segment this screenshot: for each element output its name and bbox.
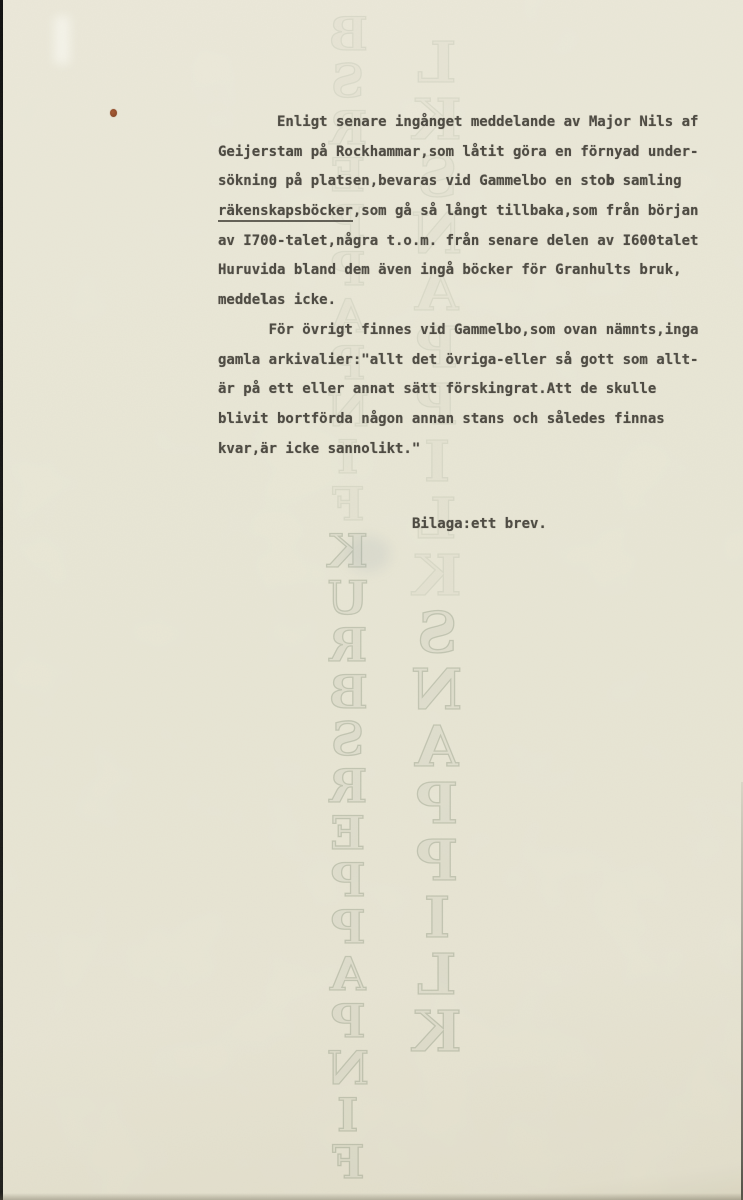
typed-line: Enligt senare ingånget meddelande av Maj… <box>218 108 723 138</box>
watermark-column-left: KURBSREPPAPNIF <box>314 528 382 1186</box>
typed-line: Huruvida bland dem även ingå böcker för … <box>218 256 723 286</box>
watermark-letter: P <box>331 904 366 951</box>
underlined-text: Bilaga <box>412 516 463 532</box>
watermark-letter: K <box>413 1004 462 1061</box>
typed-line: Geijerstam på Rockhammar,som låtit göra … <box>218 138 723 168</box>
typed-text: b <box>606 173 614 189</box>
attachment-line: Bilaga:ett brev. <box>412 510 632 540</box>
typed-line: blivit bortförda någon annan stans och s… <box>218 405 723 435</box>
faint-smudge <box>346 536 390 572</box>
watermark-letter: S <box>417 605 457 662</box>
watermark-letter: P <box>331 998 366 1045</box>
watermark-letter: E <box>330 810 365 857</box>
typed-text: samling <box>614 173 681 189</box>
watermark-column-right: SNAPPILK <box>402 605 472 1061</box>
typed-text: För övrigt finnes vid Gammelbo,som ovan … <box>218 322 698 338</box>
watermark-letter: R <box>329 622 367 669</box>
typed-line: meddelas icke. <box>218 286 723 316</box>
watermark-letter: F <box>332 1139 365 1186</box>
watermark-letter: I <box>424 890 450 947</box>
typed-text-block: Enligt senare ingånget meddelande av Maj… <box>218 108 723 464</box>
typed-text: blivit bortförda någon annan stans och s… <box>218 411 665 427</box>
typed-text: Huruvida bland dem även ingå böcker för … <box>218 262 682 278</box>
typed-text: är på ett eller annat sätt förskingrat.A… <box>218 381 656 397</box>
watermark-letter: S <box>331 58 364 105</box>
watermark-letter: K <box>413 548 462 605</box>
watermark-letter: S <box>331 716 364 763</box>
typed-line: kvar,är icke sannolikt." <box>218 435 723 465</box>
typed-text: ,som gå så långt tillbaka,som från börja… <box>353 203 699 219</box>
typed-line: För övrigt finnes vid Gammelbo,som ovan … <box>218 316 723 346</box>
photo-edge-left <box>0 0 3 1200</box>
typed-line: gamla arkivalier:"allt det övriga-eller … <box>218 346 723 376</box>
typed-text: Geijerstam på Rockhammar,som låtit göra … <box>218 144 698 160</box>
underlined-text: räkenskapsböcker <box>218 203 353 222</box>
watermark-letter: B <box>329 669 368 716</box>
typed-line: är på ett eller annat sätt förskingrat.A… <box>218 375 723 405</box>
watermark-letter: A <box>330 951 366 998</box>
watermark-letter: P <box>331 857 366 904</box>
typed-line: av I700-talet,några t.o.m. från senare d… <box>218 227 723 257</box>
watermark-letter: N <box>327 1045 369 1092</box>
watermark-letter: U <box>328 575 368 622</box>
ink-spot-stain <box>110 109 117 117</box>
watermark-letter: N <box>411 662 462 719</box>
typed-text: l <box>260 292 268 308</box>
typed-text: :ett brev. <box>463 516 547 532</box>
typed-text: sökning på platsen,bevaras vid Gammelbo … <box>218 173 606 189</box>
watermark-letter: L <box>417 947 456 1004</box>
typed-text: as icke. <box>269 292 336 308</box>
watermark-letter: I <box>337 1092 359 1139</box>
paper-crease-streak <box>54 16 70 64</box>
typed-line: sökning på platsen,bevaras vid Gammelbo … <box>218 167 723 197</box>
typed-text: Enligt senare ingånget meddelande av Maj… <box>218 114 698 130</box>
watermark-letter: P <box>416 776 458 833</box>
document-page: BSREPPAPNIF LKSNAPPILK KURBSREPPAPNIF SN… <box>0 0 743 1200</box>
watermark-letter: P <box>416 833 458 890</box>
watermark-letter: A <box>415 719 458 776</box>
watermark-letter: B <box>329 11 368 58</box>
watermark-letter: L <box>417 35 456 92</box>
photo-edge-bottom <box>0 1193 743 1200</box>
typed-text: av I700-talet,några t.o.m. från senare d… <box>218 233 698 249</box>
watermark-letter: R <box>329 763 367 810</box>
typed-text: medde <box>218 292 260 308</box>
typed-text: gamla arkivalier:"allt det övriga-eller … <box>218 352 698 368</box>
watermark-letter: F <box>332 481 365 528</box>
typed-text: kvar,är icke sannolikt." <box>218 441 420 457</box>
typed-line: räkenskapsböcker,som gå så långt tillbak… <box>218 197 723 227</box>
